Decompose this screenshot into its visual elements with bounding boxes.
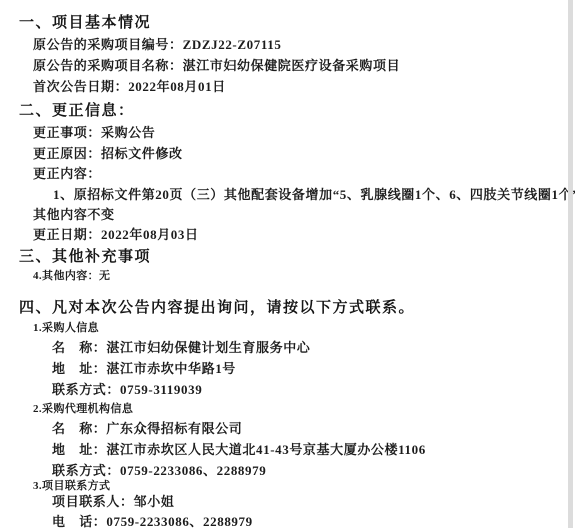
correction-content-label: 更正内容： <box>33 163 101 182</box>
correction-item: 更正事项：采购公告 <box>33 122 155 141</box>
correction-reason: 更正原因：招标文件修改 <box>33 143 183 162</box>
agency-address: 地 址：湛江市赤坎区人民大道北41-43号京基大厦办公楼1106 <box>52 439 426 458</box>
section-4-heading: 四、凡对本次公告内容提出询问，请按以下方式联系。 <box>19 296 415 317</box>
section-1-heading: 一、项目基本情况 <box>19 11 151 32</box>
section-3-heading: 三、其他补充事项 <box>19 245 151 266</box>
agency-info-title: 2.采购代理机构信息 <box>33 400 133 416</box>
correction-date: 更正日期：2022年08月03日 <box>33 224 199 243</box>
purchaser-address: 地 址：湛江市赤坎中华路1号 <box>52 358 236 377</box>
original-project-code: 原公告的采购项目编号：ZDZJ22-Z07115 <box>33 34 281 53</box>
first-announcement-date: 首次公告日期：2022年08月01日 <box>33 76 226 95</box>
original-project-name: 原公告的采购项目名称：湛江市妇幼保健院医疗设备采购项目 <box>33 55 400 74</box>
project-contact-person: 项目联系人：邹小姐 <box>52 491 174 510</box>
purchaser-name: 名 称：湛江市妇幼保健计划生育服务中心 <box>52 337 310 356</box>
purchaser-info-title: 1.采购人信息 <box>33 319 99 335</box>
other-content-none: 4.其他内容：无 <box>33 267 110 283</box>
agency-name: 名 称：广东众得招标有限公司 <box>52 418 242 437</box>
purchaser-contact: 联系方式：0759-3119039 <box>52 379 202 398</box>
announcement-document: 一、项目基本情况 原公告的采购项目编号：ZDZJ22-Z07115 原公告的采购… <box>0 0 575 528</box>
other-content-unchanged: 其他内容不变 <box>33 204 115 223</box>
scrollbar-track[interactable] <box>568 0 573 528</box>
correction-content-detail: 1、原招标文件第20页（三）其他配套设备增加“5、乳腺线圈1个、6、四肢关节线圈… <box>53 184 575 203</box>
section-2-heading: 二、更正信息： <box>19 99 135 120</box>
project-contact-phone: 电 话：0759-2233086、2288979 <box>52 511 253 528</box>
